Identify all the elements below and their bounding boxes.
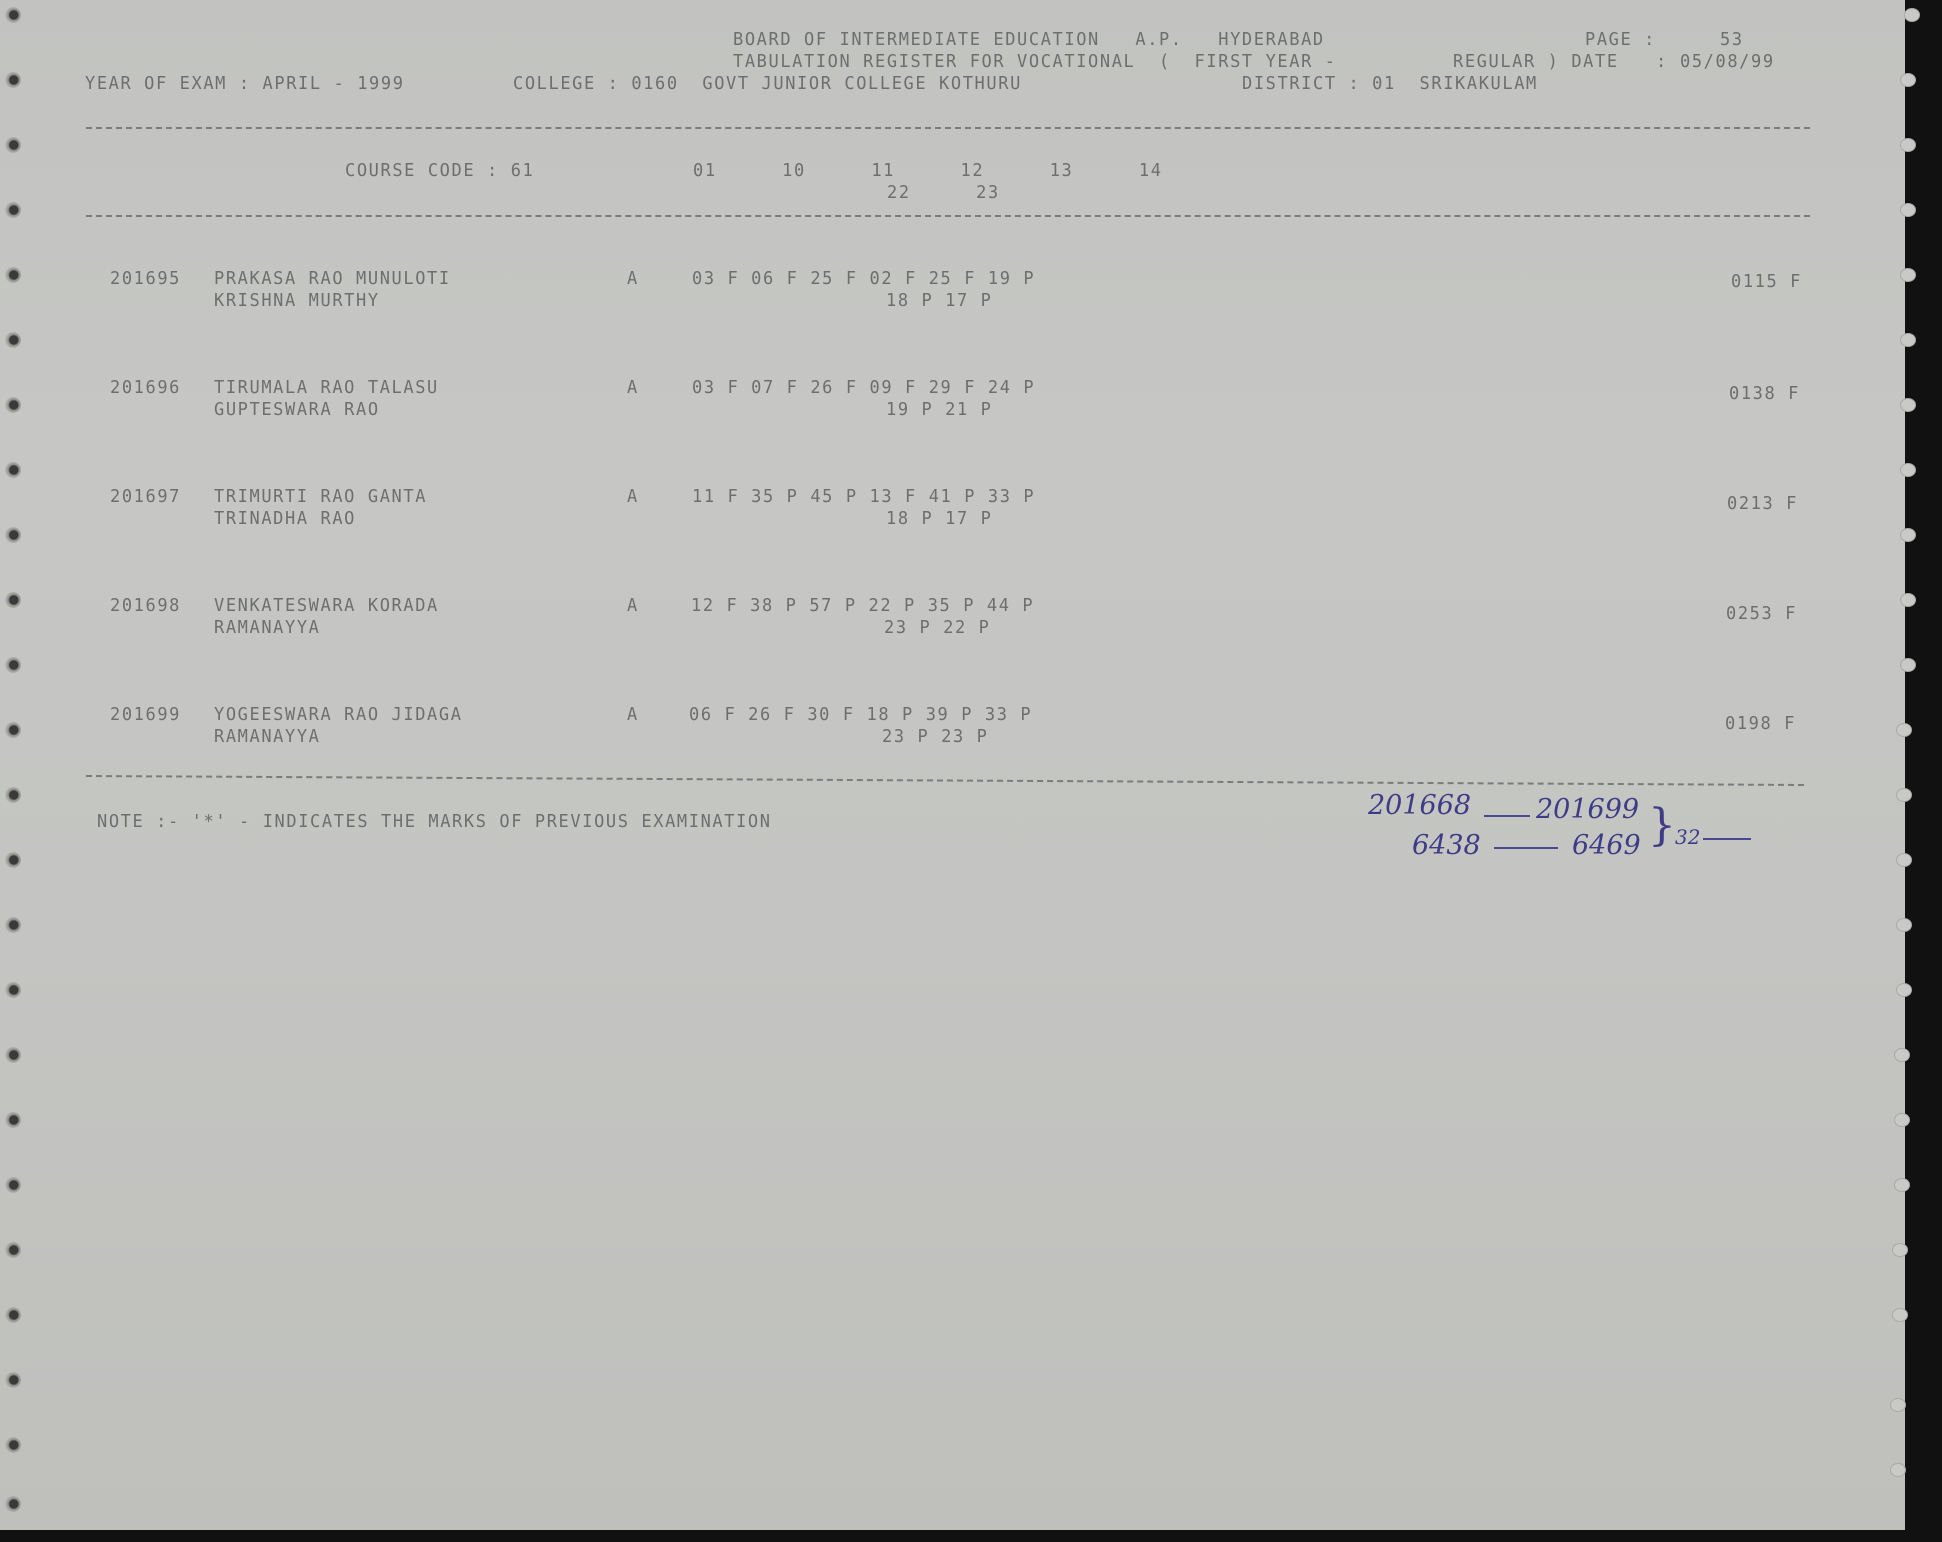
punch-hole-icon (5, 7, 21, 23)
punch-hole-icon (5, 1437, 21, 1453)
punch-hole-icon (1900, 593, 1916, 607)
punch-hole-icon (1896, 983, 1912, 997)
reg-number: 201696 (110, 378, 181, 399)
reg-number: 201698 (110, 596, 181, 617)
punch-hole-icon (5, 852, 21, 868)
medium: A (627, 378, 639, 399)
punch-hole-icon (1894, 1178, 1910, 1192)
punch-hole-icon (1900, 658, 1916, 672)
punch-hole-icon (1900, 138, 1916, 152)
total-result: 0115 F (1731, 272, 1802, 293)
report-date: 05/08/99 (1680, 52, 1775, 73)
total-result: 0253 F (1726, 604, 1797, 625)
punch-hole-icon (1892, 1243, 1908, 1257)
punch-hole-icon (5, 1496, 21, 1512)
divider-top (86, 127, 1810, 129)
handwritten-dash (1484, 815, 1530, 817)
punch-hole-icon (5, 202, 21, 218)
marks-row2: 18 P 17 P (886, 291, 993, 312)
father-name: KRISHNA MURTHY (214, 291, 380, 312)
subject-codes-row1: 01 10 11 12 13 14 (693, 161, 1163, 182)
district-info: DISTRICT : 01 SRIKAKULAM (1242, 74, 1538, 95)
father-name: RAMANAYYA (214, 727, 321, 748)
punch-hole-icon (5, 982, 21, 998)
punch-hole-icon (1900, 333, 1916, 347)
punch-hole-icon (1896, 788, 1912, 802)
punch-hole-icon (5, 397, 21, 413)
punch-hole-icon (5, 267, 21, 283)
handwritten-range2-start: 6438 (1412, 831, 1481, 861)
date-separator: : (1656, 52, 1668, 73)
punch-hole-icon (1904, 8, 1920, 22)
handwritten-dash (1494, 847, 1558, 849)
scan-border-bottom (0, 1530, 1942, 1542)
punch-hole-icon (1900, 203, 1916, 217)
handwritten-range1-end: 201699 (1536, 795, 1639, 825)
year-of-exam: YEAR OF EXAM : APRIL - 1999 (85, 74, 405, 95)
punch-hole-icon (5, 1047, 21, 1063)
medium: A (627, 705, 639, 726)
punch-hole-icon (1890, 1463, 1906, 1477)
medium: A (627, 269, 639, 290)
register-title: TABULATION REGISTER FOR VOCATIONAL ( FIR… (733, 52, 1337, 73)
punch-hole-icon (5, 787, 21, 803)
punch-hole-icon (5, 72, 21, 88)
marks-row2: 23 P 23 P (882, 727, 989, 748)
punch-hole-icon (5, 1112, 21, 1128)
marks-row1: 06 F 26 F 30 F 18 P 39 P 33 P (689, 705, 1032, 726)
student-name: PRAKASA RAO MUNULOTI (214, 269, 451, 290)
punch-hole-icon (1896, 723, 1912, 737)
punch-hole-icon (1900, 463, 1916, 477)
punch-hole-icon (5, 657, 21, 673)
father-name: GUPTESWARA RAO (214, 400, 380, 421)
marks-row1: 11 F 35 P 45 P 13 F 41 P 33 P (692, 487, 1035, 508)
father-name: TRINADHA RAO (214, 509, 356, 530)
scan-border-right (1905, 0, 1942, 1542)
reg-number: 201695 (110, 269, 181, 290)
father-name: RAMANAYYA (214, 618, 321, 639)
page-label: PAGE : (1585, 30, 1656, 51)
punch-hole-icon (1892, 1308, 1908, 1322)
handwritten-count: 32 (1675, 822, 1700, 852)
punch-hole-icon (5, 1307, 21, 1323)
marks-row1: 12 F 38 P 57 P 22 P 35 P 44 P (691, 596, 1034, 617)
punch-hole-icon (1900, 73, 1916, 87)
marks-row1: 03 F 07 F 26 F 09 F 29 F 24 P (692, 378, 1035, 399)
total-result: 0138 F (1729, 384, 1800, 405)
reg-number: 201699 (110, 705, 181, 726)
marks-row2: 18 P 17 P (886, 509, 993, 530)
medium: A (627, 487, 639, 508)
tabulation-register-sheet (0, 0, 1905, 1530)
marks-row1: 03 F 06 F 25 F 02 F 25 F 19 P (692, 269, 1035, 290)
punch-hole-icon (1894, 1113, 1910, 1127)
punch-hole-icon (5, 332, 21, 348)
punch-hole-icon (5, 137, 21, 153)
student-name: TRIMURTI RAO GANTA (214, 487, 427, 508)
divider-header (86, 215, 1810, 217)
punch-hole-icon (5, 1177, 21, 1193)
marks-row2: 23 P 22 P (884, 618, 991, 639)
punch-hole-icon (1894, 1048, 1910, 1062)
total-result: 0198 F (1725, 714, 1796, 735)
punch-hole-icon (1896, 853, 1912, 867)
regular-date-label: REGULAR ) DATE (1453, 52, 1619, 73)
handwritten-range1-start: 201668 (1368, 791, 1471, 821)
punch-hole-icon (1896, 918, 1912, 932)
punch-hole-icon (5, 722, 21, 738)
student-name: VENKATESWARA KORADA (214, 596, 439, 617)
handwritten-range2-end: 6469 (1572, 831, 1641, 861)
medium: A (627, 596, 639, 617)
total-result: 0213 F (1727, 494, 1798, 515)
punch-hole-icon (5, 1242, 21, 1258)
punch-hole-icon (5, 917, 21, 933)
punch-hole-icon (1900, 528, 1916, 542)
brace-icon: } (1648, 800, 1676, 851)
handwritten-dash (1703, 838, 1751, 840)
student-name: YOGEESWARA RAO JIDAGA (214, 705, 463, 726)
punch-hole-icon (1900, 268, 1916, 282)
punch-hole-icon (5, 527, 21, 543)
punch-hole-icon (1890, 1398, 1906, 1412)
subject-codes-row2: 22 23 (887, 183, 1000, 204)
punch-hole-icon (5, 592, 21, 608)
board-title: BOARD OF INTERMEDIATE EDUCATION A.P. HYD… (733, 30, 1325, 51)
marks-row2: 19 P 21 P (886, 400, 993, 421)
page-number: 53 (1720, 30, 1744, 51)
footnote: NOTE :- '*' - INDICATES THE MARKS OF PRE… (97, 812, 772, 833)
reg-number: 201697 (110, 487, 181, 508)
college-info: COLLEGE : 0160 GOVT JUNIOR COLLEGE KOTHU… (513, 74, 1022, 95)
course-code: COURSE CODE : 61 (345, 161, 534, 182)
punch-hole-icon (5, 1372, 21, 1388)
student-name: TIRUMALA RAO TALASU (214, 378, 439, 399)
punch-hole-icon (1900, 398, 1916, 412)
punch-hole-icon (5, 462, 21, 478)
